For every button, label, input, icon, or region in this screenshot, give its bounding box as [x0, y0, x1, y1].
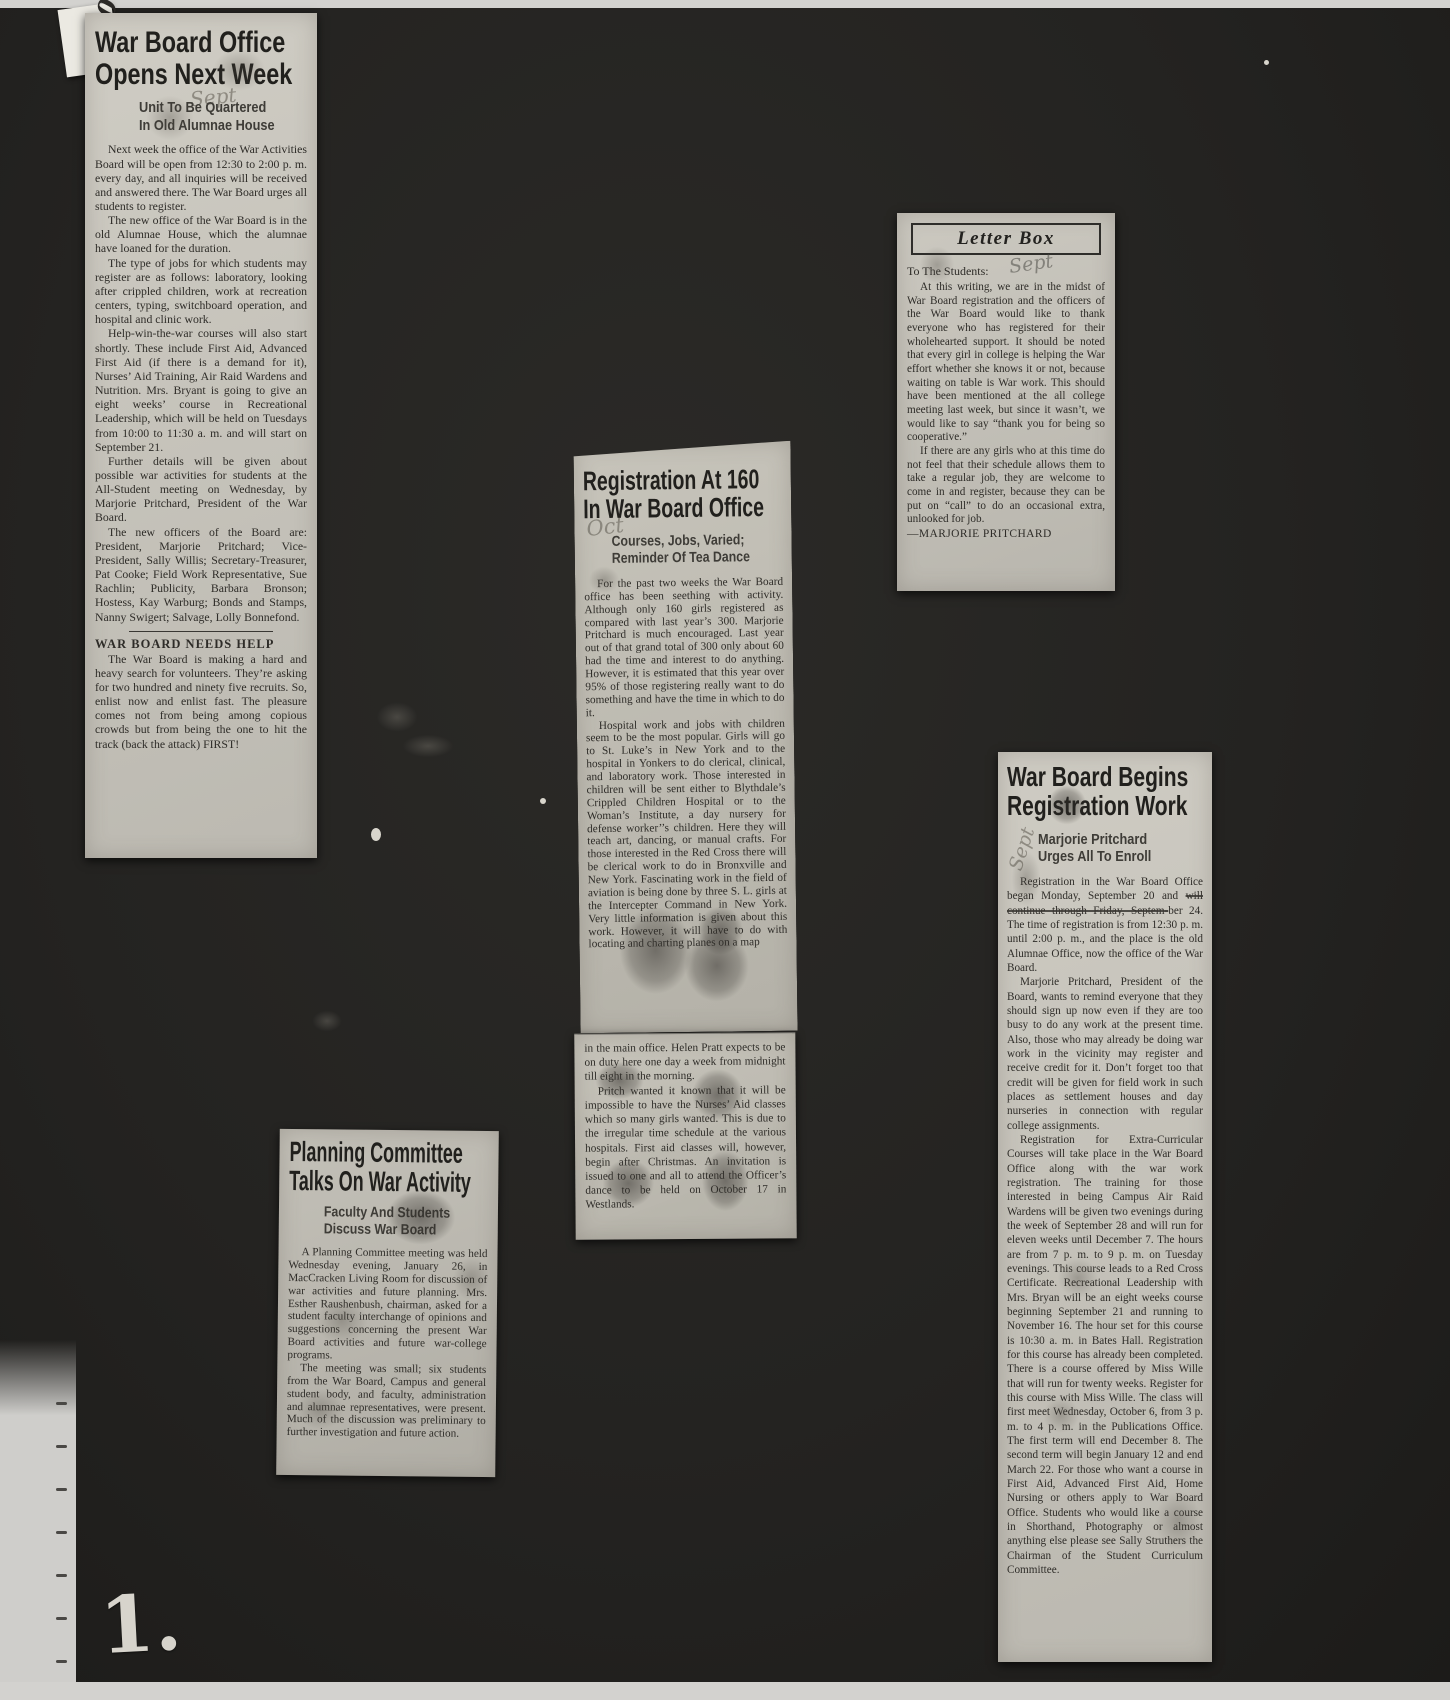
- body-paragraph: Next week the office of the War Activiti…: [95, 142, 307, 213]
- subtitle-line: Marjorie Pritchard: [1038, 831, 1178, 849]
- speck: [1264, 60, 1269, 65]
- article-body: Registration in the War Board Office beg…: [1007, 875, 1203, 1577]
- headline: Planning Committee Talks On War Activity: [289, 1137, 489, 1198]
- body-paragraph: Marjorie Pritchard, President of the Boa…: [1007, 975, 1203, 1133]
- dust-mark: [368, 696, 426, 738]
- stitch-mark: [56, 1617, 67, 1620]
- body-paragraph: The new officers of the Board are: Presi…: [95, 525, 307, 624]
- clipping-war-board-begins: War Board Begins Registration Work Sept …: [998, 752, 1212, 1662]
- headline-line: War Board Office: [95, 27, 260, 59]
- letter-box-title: Letter Box: [911, 223, 1101, 255]
- headline-line: In War Board Office: [583, 494, 727, 524]
- scrapbook-scan: { "annotations": { "catalog_number": "65…: [0, 0, 1450, 1700]
- subtitle-line: Discuss War Board: [324, 1221, 464, 1240]
- body-paragraph: If there are any girls who at this time …: [907, 445, 1105, 527]
- dust-mark: [392, 730, 464, 762]
- clipping-planning-committee: Planning Committee Talks On War Activity…: [276, 1129, 499, 1477]
- body-paragraph: The new office of the War Board is in th…: [95, 213, 307, 255]
- stitch-mark: [56, 1488, 67, 1491]
- dust-mark: [306, 1006, 348, 1036]
- speck: [371, 828, 381, 841]
- subtitle-line: Unit To Be Quartered: [139, 99, 282, 117]
- body-paragraph: Registration for Extra-Curricular Course…: [1007, 1133, 1203, 1577]
- clipping-letter-box: Letter Box To The Students: Sept At this…: [897, 213, 1115, 591]
- salutation-text: To The Students:: [907, 264, 989, 278]
- subtitle-line: Urges All To Enroll: [1038, 848, 1178, 866]
- subtitle-line: Courses, Jobs, Varied;: [612, 532, 758, 551]
- article-body: At this writing, we are in the midst of …: [907, 281, 1105, 541]
- subtitle-line: In Old Alumnae House: [139, 117, 282, 135]
- section-rule: [129, 631, 273, 632]
- speck: [540, 798, 546, 804]
- headline-line: Talks On War Activity: [289, 1166, 417, 1197]
- headline-line: War Board Begins: [1007, 762, 1154, 791]
- clipping-registration-160-piece-1: Registration At 160 In War Board Office …: [573, 441, 797, 1034]
- headline: War Board Office Opens Next Week: [95, 27, 307, 90]
- stitch-mark: [56, 1402, 67, 1405]
- body-paragraph: The War Board is making a hard and heavy…: [95, 652, 307, 751]
- headline-line: Opens Next Week: [95, 59, 260, 91]
- headline: War Board Begins Registration Work: [1007, 762, 1203, 821]
- subtitle: Unit To Be Quartered In Old Alumnae Hous…: [139, 99, 307, 134]
- page-number: 1.: [98, 1584, 183, 1666]
- article-body: A Planning Committee meeting was held We…: [287, 1246, 488, 1441]
- clipping-war-board-office: War Board Office Opens Next Week Sept Un…: [85, 13, 317, 858]
- body-paragraph: Registration in the War Board Office beg…: [1007, 875, 1203, 975]
- subtitle-line: Faculty And Students: [324, 1204, 464, 1223]
- article-body: For the past two weeks the War Board off…: [584, 576, 788, 952]
- subtitle: Marjorie Pritchard Urges All To Enroll: [1038, 831, 1203, 866]
- signature: —MARJORIE PRITCHARD: [907, 527, 1105, 541]
- article-body: in the main office. Helen Pratt expects …: [584, 1040, 786, 1212]
- handwritten-sept-mark: Sept: [1005, 825, 1040, 874]
- stitch-mark: [56, 1531, 67, 1534]
- body-paragraph: At this writing, we are in the midst of …: [907, 281, 1105, 445]
- body-paragraph: Hospital work and jobs with children see…: [586, 717, 788, 951]
- body-paragraph: The type of jobs for which students may …: [95, 256, 307, 327]
- subtitle-line: Reminder Of Tea Dance: [612, 549, 758, 568]
- body-paragraph: Further details will be given about poss…: [95, 454, 307, 525]
- headline-line: Registration Work: [1007, 791, 1154, 820]
- body-paragraph: For the past two weeks the War Board off…: [584, 576, 785, 720]
- headline-line: Planning Committee: [289, 1137, 417, 1168]
- paragraph-text: Registration in the War Board Office beg…: [1007, 876, 1203, 902]
- body-paragraph: Help-win-the-war courses will also start…: [95, 326, 307, 453]
- binding-edge: [0, 1340, 76, 1682]
- body-paragraph: Pritch wanted it known that it will be i…: [585, 1083, 787, 1212]
- section-subhead: WAR BOARD NEEDS HELP: [95, 637, 307, 652]
- subtitle: Faculty And Students Discuss War Board: [324, 1204, 488, 1240]
- clipping-registration-160-piece-2: in the main office. Helen Pratt expects …: [574, 1032, 796, 1240]
- body-paragraph: The meeting was small; six students from…: [287, 1362, 487, 1441]
- stitch-mark: [56, 1574, 67, 1577]
- stitch-mark: [56, 1660, 67, 1663]
- subtitle: Courses, Jobs, Varied; Reminder Of Tea D…: [612, 531, 783, 567]
- body-paragraph: in the main office. Helen Pratt expects …: [584, 1040, 785, 1084]
- article-body: Next week the office of the War Activiti…: [95, 142, 307, 750]
- headline: Registration At 160 In War Board Office: [583, 465, 783, 524]
- stitch-mark: [56, 1445, 67, 1448]
- salutation: To The Students:: [907, 264, 1105, 279]
- body-paragraph: A Planning Committee meeting was held We…: [287, 1246, 487, 1364]
- headline-line: Registration At 160: [583, 465, 727, 495]
